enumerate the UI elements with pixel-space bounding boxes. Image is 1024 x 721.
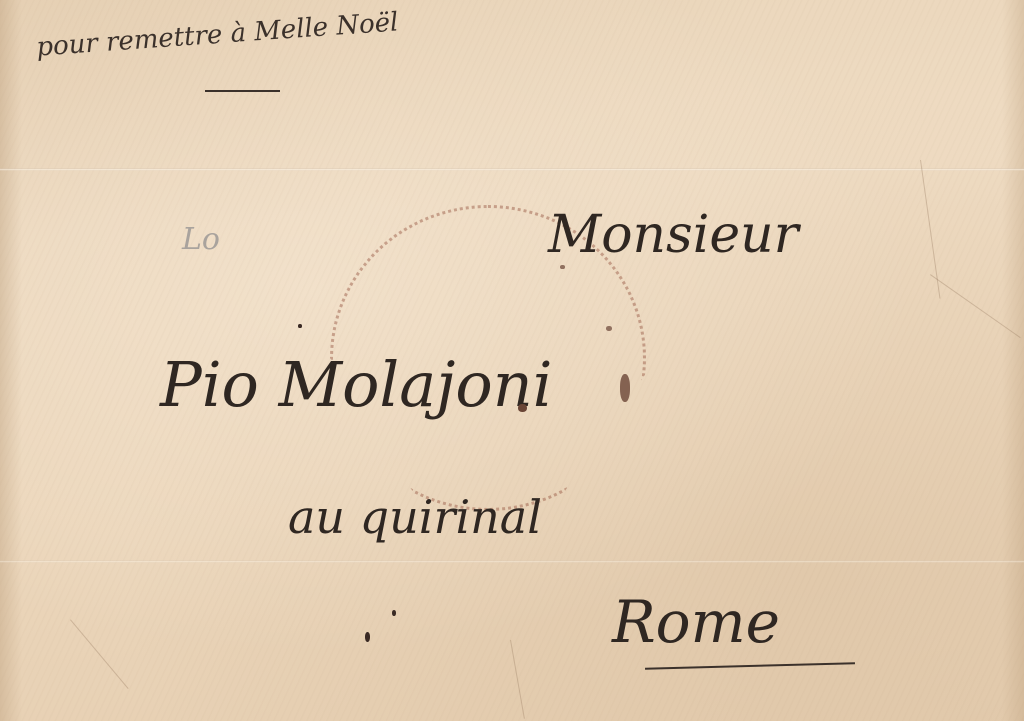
top-note-underline xyxy=(205,90,280,92)
top-fold-line xyxy=(0,168,1024,171)
ink-speck xyxy=(606,326,612,331)
ink-speck xyxy=(392,610,396,616)
left-edge-wear xyxy=(0,0,22,721)
ink-speck xyxy=(298,324,302,328)
address-street: au quirinal xyxy=(288,490,542,544)
right-edge-wear xyxy=(1002,0,1024,721)
ink-stain xyxy=(620,374,630,402)
ink-speck xyxy=(365,632,370,642)
address-salutation: Monsieur xyxy=(548,205,798,265)
bottom-fold-line xyxy=(0,560,1024,563)
ink-speck xyxy=(560,265,565,269)
ink-stain xyxy=(518,404,527,412)
address-city: Rome xyxy=(612,588,780,656)
address-name: Pio Molajoni xyxy=(160,348,553,421)
pencil-mark: Lo xyxy=(182,222,220,257)
envelope: pour remettre à Melle Noël Lo Monsieur P… xyxy=(0,0,1024,721)
